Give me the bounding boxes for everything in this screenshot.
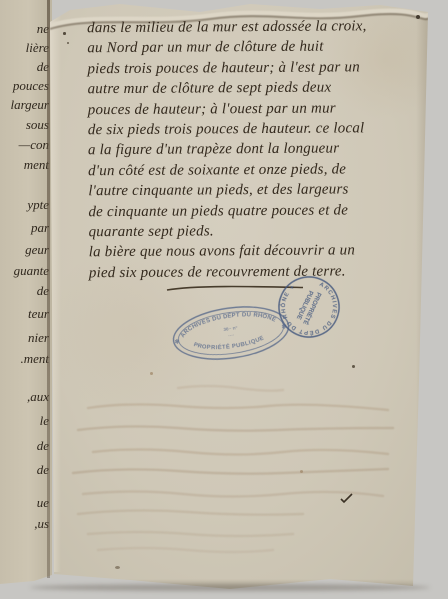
margin-fragment: lière (0, 41, 49, 55)
foxing-speck (300, 470, 303, 473)
oval-stamp-center-line2: ···· (228, 333, 235, 339)
manuscript-page: dans le milieu de la mur est adossée la … (0, 0, 448, 599)
margin-fragment: aux, (0, 390, 49, 404)
margin-fragment: ne (0, 22, 49, 36)
margin-fragment: us, (0, 517, 49, 531)
margin-fragment: par (0, 221, 49, 235)
handwriting-line: a la figure d'un trapèze dont la longueu… (88, 138, 438, 161)
ink-speck (63, 32, 66, 35)
foxing-speck (150, 372, 153, 375)
margin-fragment: ment. (0, 352, 49, 366)
handwriting-block: dans le milieu de la mur est adossée la … (87, 16, 439, 284)
handwriting-line: de six pieds trois pouces de hauteur. ce… (88, 118, 438, 141)
showthrough-text (58, 378, 433, 563)
margin-fragment: le (0, 414, 49, 428)
page-drop-shadow (30, 584, 430, 591)
margin-fragment: teur (0, 307, 49, 321)
margin-fragment: ment (0, 158, 49, 172)
ink-speck (352, 365, 355, 368)
margin-fragment: largeur (0, 98, 49, 112)
handwriting-line: quarante sept pieds. (89, 220, 439, 243)
margin-fragment: de (0, 60, 49, 74)
oval-stamp-center-line1: 36·· n° (223, 325, 238, 332)
handwriting-line: pieds trois pouces de hauteur; à l'est p… (87, 57, 437, 80)
facing-page-strip: ne lière de pouces largeur sous con— men… (0, 0, 52, 599)
margin-fragment: de (0, 463, 49, 477)
margin-fragment: pouces (0, 79, 49, 93)
foxing-speck (115, 566, 120, 569)
handwriting-line: autre mur de clôture de sept pieds deux (88, 77, 438, 100)
handwriting-line: l'autre cinquante un pieds, et des large… (88, 179, 438, 202)
manuscript-photo: ne lière de pouces largeur sous con— men… (0, 0, 448, 599)
handwriting-line: dans le milieu de la mur est adossée la … (87, 16, 437, 39)
margin-fragment: de (0, 284, 49, 298)
handwriting-line: pouces de hauteur; à l'ouest par un mur (88, 97, 438, 120)
page-gutter-shadow (47, 0, 50, 578)
ink-speck (67, 42, 69, 44)
ink-check-mark (340, 492, 354, 504)
oval-archive-stamp: ARCHIVES DU DÉPT DU RHÔNE PROPRIÉTÉ PUBL… (166, 298, 296, 369)
margin-fragment: de (0, 439, 49, 453)
oval-stamp-star-left: ✻ (174, 338, 180, 346)
margin-fragment: con— (0, 138, 49, 152)
handwriting-line: au Nord par un mur de clôture de huit (87, 36, 437, 59)
margin-fragment: guante (0, 264, 49, 278)
margin-fragment: nier (0, 331, 49, 345)
margin-fragment: geur (0, 243, 49, 257)
handwriting-line: de cinquante un pieds quatre pouces et d… (88, 199, 438, 222)
oval-stamp-star-right: ✻ (281, 323, 287, 331)
margin-fragment: ue (0, 496, 49, 510)
handwriting-line: la bière que nous avons fait découvrir a… (89, 240, 439, 263)
margin-fragment: ypte (0, 198, 49, 212)
handwriting-line: d'un côté est de soixante et onze pieds,… (88, 159, 438, 182)
handwriting-line: pied six pouces de recouvrement de terre… (89, 261, 439, 284)
margin-fragment: sous (0, 118, 49, 132)
ink-speck (416, 15, 420, 19)
